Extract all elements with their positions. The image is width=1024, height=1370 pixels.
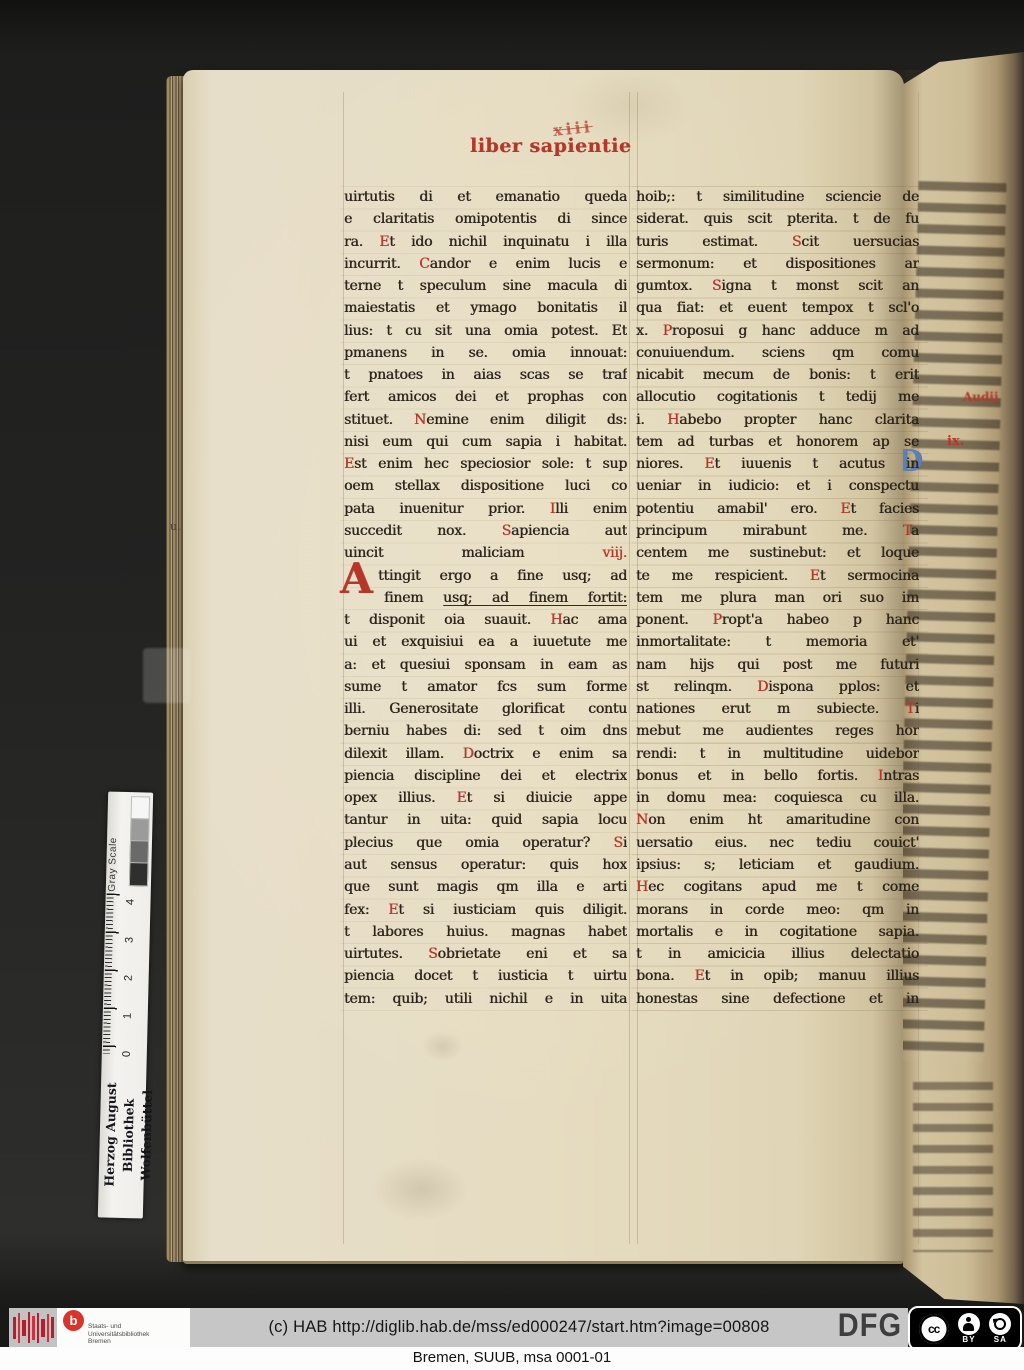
manuscript-line: fex: Et si iusticiam quis diligit. [344,899,627,921]
manuscript-line: conuiuendum. sciens qm comu [636,342,919,364]
manuscript-line: oem stellax dispositione luci co [344,475,627,497]
manuscript-line: ponent. Propt'a habeo p hanc [636,609,919,631]
cc-by-unit: BY [958,1313,980,1344]
person-body [963,1323,974,1331]
manuscript-line: mortalis e in cogitatione sapia. [636,921,919,943]
manuscript-line: te me respicient. Et sermocina [636,565,919,587]
manuscript-line: incurrit. Candor e enim lucis e [344,253,627,275]
bremen-library-logo: b Staats- und Universitätsbibliothek Bre… [57,1308,190,1347]
barcode-bar [13,1317,16,1339]
copyright-bar: (c) HAB http://diglib.hab.de/mss/ed00024… [190,1308,908,1347]
ruler-number: 2 [123,969,135,981]
ruler-number: 3 [124,931,136,943]
barcode-bar [22,1320,26,1336]
manuscript-line: mebut me audientes reges hor [636,720,919,742]
manuscript-line: gumtox. Signa t monst scit an [636,275,919,297]
barcode-bar [51,1317,54,1338]
manuscript-line: Non enim ht amaritudine con [636,809,919,831]
ruler-number: 1 [122,1007,134,1019]
manuscript-line: terne t speculum sine macula di [344,275,627,297]
bremen-barcode-logo [9,1308,57,1347]
person-head [966,1317,971,1322]
manuscript-line: sume t amator fcs sum forme [344,676,627,698]
bremen-logo-text: Staats- und Universitätsbibliothek Breme… [88,1323,149,1346]
manuscript-line: illi. Generositate glorificat contu [344,698,627,720]
caption-strip: Bremen, SUUB, msa 0001-01 [0,1347,1024,1370]
ruler-library-line2: Wolfenbüttel [136,1058,158,1212]
barcode-bar [18,1313,20,1343]
ruler-number: 4 [124,893,136,905]
manuscript-line: plecius que omia operatur? Si [344,832,627,854]
cc-sa-unit: SA [989,1313,1011,1344]
ruling-line [629,92,630,1244]
manuscript-line: stituet. Nemine enim diligit ds: [344,409,627,431]
gray-patch [131,796,151,820]
cc-license-badge: cc BY SA [908,1306,1022,1351]
margin-mark: u. [170,520,181,533]
manuscript-line: tantur in uita: quid sapia locu [344,809,627,831]
manuscript-line: uirtutes. Sobrietate eni et sa [344,943,627,965]
manuscript-line: t in amicicia illius delectatio [636,943,919,965]
manuscript-line: maiestatis et ymago bonitatis il [344,297,627,319]
ruler-library-label: Herzog August Bibliothek Wolfenbüttel [100,1057,145,1212]
manuscript-line: Est enim hec speciosior sole: t sup [344,453,627,475]
manuscript-line: turis estimat. Scit uersucias [636,231,919,253]
copyright-text: (c) HAB http://diglib.hab.de/mss/ed00024… [268,1318,829,1337]
manuscript-line: uincit maliciam viij. [344,542,627,564]
bremen-logo-line: Bremen [88,1338,149,1346]
manuscript-line: nam hijs qui post me futuri [636,654,919,676]
manuscript-line: ttingit ergo a fine usq; ad [344,565,627,587]
manuscript-line: dilexit illam. Doctrix e enim sa [344,743,627,765]
facing-page-red-fragment: Audij [963,390,998,404]
bremen-logo-circle: b [63,1310,84,1331]
barcode-bar [41,1319,45,1337]
ruler-library-line1: Herzog August Bibliothek [100,1057,140,1212]
manuscript-line: tem me plura man ori suo im [636,587,919,609]
bremen-logo-line: Staats- und [88,1323,149,1331]
manuscript-line: opex illius. Et si diuicie appe [344,787,627,809]
manuscript-line: piencia docet t iusticia t uirtu [344,965,627,987]
manuscript-line: t labores huius. magnas habet [344,921,627,943]
manuscript-line: inmortalitate: t memoria et' [636,631,919,653]
manuscript-line: ueniar in iudicio: et i conspectu [636,475,919,497]
manuscript-line: uirtutis di et emanatio queda [344,186,627,208]
manuscript-line: t disponit oia suauit. Hac ama [344,609,627,631]
manuscript-line: berniu habes di: sed t oim dns [344,720,627,742]
manuscript-right-column: hoib;: t similitudine sciencie desiderat… [636,186,919,1012]
manuscript-line: nationes erut m subiecte. Ti [636,698,919,720]
manuscript-line: uersatio eius. nec tediu couict' [636,832,919,854]
facing-page: Audij ix. D [903,52,1024,1304]
manuscript-line: bona. Et in opib; manuu illius [636,965,919,987]
manuscript-line: allocutio cogitationis t tedij me [636,386,919,408]
manuscript-line: st relinqm. Dispona pplos: et [636,676,919,698]
manuscript-line: hoib;: t similitudine sciencie de [636,186,919,208]
manuscript-line: nicabit mecum de bonis: t erit [636,364,919,386]
barcode-bar [37,1313,39,1343]
manuscript-line: niores. Et iuuenis t acutus in [636,453,919,475]
ruler-number: 0 [121,1045,133,1057]
gray-scale-ruler: Gray Scale 4 3 2 1 0 Herzog August Bibli… [98,792,153,1219]
manuscript-line: a: et quesiui sponsam in eam as [344,654,627,676]
ruler-cm-ticks [103,894,120,1054]
barcode-bar [47,1314,49,1342]
manuscript-line: morans in corde meo: qm in [636,899,919,921]
manuscript-line: t pnatoes in aias scas se traf [344,364,627,386]
manuscript-line: bonus et in bello fortis. Intras [636,765,919,787]
manuscript-line: ipsius: s; leticiam et gaudium. [636,854,919,876]
gray-patch [130,818,150,842]
manuscript-line: centem me sustinebut: et loque [636,542,919,564]
gray-patch [129,840,149,864]
shelfmark-caption: Bremen, SUUB, msa 0001-01 [413,1349,611,1366]
manuscript-line: succedit nox. Sapiencia aut [344,520,627,542]
barcode-bar [32,1316,35,1340]
manuscript-line: aut sensus operatur: quis hox [344,854,627,876]
manuscript-line: qua fiat: et euent tempox t scl'o [636,297,919,319]
manuscript-line: tem ad turbas et honorem ap se [636,431,919,453]
manuscript-line: siderat. quis scit pterita. t de fu [636,208,919,230]
manuscript-line: ra. Et ido nichil inquinatu i illa [344,231,627,253]
sa-label: SA [994,1336,1007,1344]
share-alike-icon [989,1313,1011,1335]
person-icon [958,1313,980,1335]
manuscript-line: potentiu amabil' ero. Et facies [636,498,919,520]
film-strap [143,648,191,703]
manuscript-line: rendi: t in multitudine uidebor [636,743,919,765]
manuscript-line: sermonum: et dispositiones ar [636,253,919,275]
manuscript-line: x. Proposui g hanc adduce m ad [636,320,919,342]
manuscript-line: ui et exquisiui ea a iuuetute me [344,631,627,653]
dfg-logo: DFG [838,1308,902,1345]
facing-page-text-lines [913,1082,993,1252]
barcode-bar [28,1312,30,1343]
manuscript-left-column: uirtutis di et emanatio quedae claritati… [344,186,627,1012]
manuscript-line: tem: quib; utili nichil e in uita [344,988,627,1010]
manuscript-line: lius: t cu sit una omia potest. Et [344,320,627,342]
manuscript-line: e claritatis omipotentis di since [344,208,627,230]
facing-page-chapter-numeral: ix. [947,434,964,449]
manuscript-line: i. Habebo propter hanc clarita [636,409,919,431]
manuscript-line: finem usq; ad finem fortit: [344,587,627,609]
bremen-logo-line: Universitätsbibliothek [88,1331,149,1339]
gray-patch [129,862,149,886]
manuscript-line: nisi eum qui cum sapia i habitat. [344,431,627,453]
cc-icon: cc [919,1314,949,1344]
by-label: BY [962,1336,975,1344]
manuscript-line: honestas sine defectione et in [636,988,919,1010]
manuscript-line: pata inuenitur prior. Illi enim [344,498,627,520]
manuscript-line: in domu mea: coquiesca cu illa. [636,787,919,809]
manuscript-line: piencia discipline dei et electrix [344,765,627,787]
manuscript-line: fert amicos dei et prophas con [344,386,627,408]
running-title: liber sapientie [470,135,631,157]
manuscript-line: Hec cogitans apud me t come [636,876,919,898]
chapter-drop-cap: A [340,558,373,600]
manuscript-line: pmanens in se. omia innouat: [344,342,627,364]
manuscript-line: principum mirabunt me. Ta [636,520,919,542]
gray-scale-label: Gray Scale [107,796,120,892]
manuscript-line: que sunt magis qm illa e arti [344,876,627,898]
